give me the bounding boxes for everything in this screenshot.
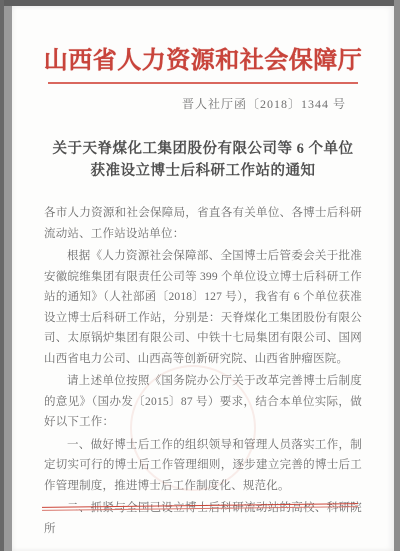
viewer-right-edge <box>394 0 400 551</box>
viewer-left-edge <box>0 0 4 551</box>
scanned-document-page: 山西省人力资源和社会保障厅 晋人社厅函〔2018〕1344 号 关于天脊煤化工集… <box>12 6 394 551</box>
paragraph-item-1: 一、做好博士后工作的组织领导和管理人员落实工作，制定切实可行的博士后工作管理细则… <box>44 435 362 497</box>
doc-reference-number: 晋人社厅函〔2018〕1344 号 <box>12 96 394 112</box>
document-body: 各市人力资源和社会保障局，省直各有关单位、各博士后科研流动站、工作站设站单位： … <box>44 203 362 539</box>
document-title: 关于天脊煤化工集团股份有限公司等 6 个单位 获准设立博士后科研工作站的通知 <box>12 138 394 182</box>
document-title-line-2: 获准设立博士后科研工作站的通知 <box>12 160 394 182</box>
letterhead-rule <box>48 82 358 84</box>
paragraph-approval-basis: 根据《人力资源社会保障部、全国博士后管委会关于批准安徽皖维集团有限责任公司等 3… <box>44 246 362 369</box>
salutation: 各市人力资源和社会保障局，省直各有关单位、各博士后科研流动站、工作站设站单位： <box>44 203 362 244</box>
paragraph-requirements-intro: 请上述单位按照《国务院办公厅关于改革完善博士后制度的意见》（国办发〔2015〕8… <box>44 371 362 433</box>
document-title-line-1: 关于天脊煤化工集团股份有限公司等 6 个单位 <box>12 138 394 160</box>
letterhead-issuer-title: 山西省人力资源和社会保障厅 <box>12 46 394 76</box>
